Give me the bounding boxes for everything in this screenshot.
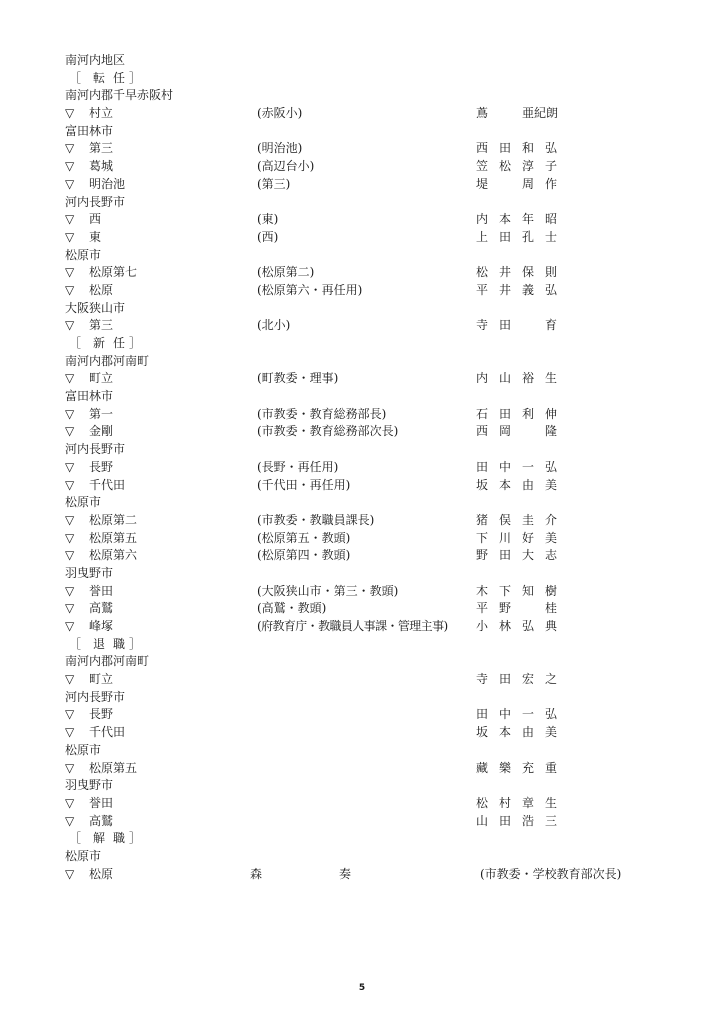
person-name: 石田利伸 [476, 406, 568, 424]
person-name: 上田孔士 [476, 229, 568, 247]
person-name: 寺田宏之 [476, 671, 568, 689]
person-given-name: 奏 [339, 866, 351, 884]
list-item: ▽ 葛城 (高辺台小) 笠松淳子 [65, 158, 665, 176]
person-name: 坂本由美 [476, 477, 568, 495]
list-item: ▽ 長野 (長野・再任用) 田中一弘 [65, 459, 665, 477]
person-name: 田中一弘 [476, 706, 568, 724]
person-name: 西岡隆 [476, 423, 568, 441]
triangle-bullet-icon: ▽ [65, 317, 74, 335]
person-name: 蔦亜紀朗 [476, 105, 568, 123]
area-heading: 大阪狭山市 [65, 300, 665, 318]
triangle-bullet-icon: ▽ [65, 866, 74, 884]
list-item: ▽ 明治池 (第三) 堤周作 [65, 176, 665, 194]
triangle-bullet-icon: ▽ [65, 459, 74, 477]
list-item: ▽ 誉田 (大阪狭山市・第三・教頭) 木下知樹 [65, 583, 665, 601]
triangle-bullet-icon: ▽ [65, 671, 74, 689]
triangle-bullet-icon: ▽ [65, 229, 74, 247]
area-heading: 河内長野市 [65, 194, 665, 212]
list-item: ▽ 金剛 (市教委・教育総務部次長) 西岡隆 [65, 423, 665, 441]
person-name: 寺田育 [476, 317, 568, 335]
triangle-bullet-icon: ▽ [65, 423, 74, 441]
area-heading: 松原市 [65, 247, 665, 265]
document-page: 南河内地区 ［転任］ 南河内郡千早赤阪村 ▽ 村立 (赤阪小) 蔦亜紀朗 富田林… [65, 52, 665, 883]
section-heading-dismissal: ［解職］ [65, 830, 665, 848]
list-item: ▽ 西 (東) 内本年昭 [65, 211, 665, 229]
list-item: ▽ 高鷲 (高鷲・教頭) 平野桂 [65, 600, 665, 618]
person-name: 猪俣圭介 [476, 512, 568, 530]
triangle-bullet-icon: ▽ [65, 583, 74, 601]
person-name: 野田大志 [476, 547, 568, 565]
triangle-bullet-icon: ▽ [65, 618, 74, 636]
section-heading-retirement: ［退職］ [65, 636, 665, 654]
person-name: 内山裕生 [476, 370, 568, 388]
area-heading: 南河内郡河南町 [65, 353, 665, 371]
list-item: ▽ 千代田 坂本由美 [65, 724, 665, 742]
person-name: 笠松淳子 [476, 158, 568, 176]
triangle-bullet-icon: ▽ [65, 813, 74, 831]
area-heading: 南河内郡千早赤阪村 [65, 87, 665, 105]
list-item: ▽ 長野 田中一弘 [65, 706, 665, 724]
person-name: 平野桂 [476, 600, 568, 618]
area-heading: 南河内郡河南町 [65, 653, 665, 671]
list-item: ▽ 峰塚 (府教育庁・教職員人事課・管理主事) 小林弘典 [65, 618, 665, 636]
triangle-bullet-icon: ▽ [65, 140, 74, 158]
triangle-bullet-icon: ▽ [65, 795, 74, 813]
person-name: 松村章生 [476, 795, 568, 813]
list-item: ▽ 第三 (北小) 寺田育 [65, 317, 665, 335]
triangle-bullet-icon: ▽ [65, 706, 74, 724]
person-name: 松井保則 [476, 264, 568, 282]
area-heading: 富田林市 [65, 123, 665, 141]
area-heading: 松原市 [65, 742, 665, 760]
list-item: ▽ 松原 (松原第六・再任用) 平井義弘 [65, 282, 665, 300]
region-title: 南河内地区 [65, 52, 665, 70]
area-heading: 富田林市 [65, 388, 665, 406]
triangle-bullet-icon: ▽ [65, 370, 74, 388]
triangle-bullet-icon: ▽ [65, 512, 74, 530]
list-item: ▽ 松原第七 (松原第二) 松井保則 [65, 264, 665, 282]
list-item: ▽ 千代田 (千代田・再任用) 坂本由美 [65, 477, 665, 495]
triangle-bullet-icon: ▽ [65, 600, 74, 618]
person-name: 藏樂充重 [476, 760, 568, 778]
list-item: ▽ 松原第六 (松原第四・教頭) 野田大志 [65, 547, 665, 565]
triangle-bullet-icon: ▽ [65, 724, 74, 742]
list-item: ▽ 松原第二 (市教委・教職員課長) 猪俣圭介 [65, 512, 665, 530]
person-name: 木下知樹 [476, 583, 568, 601]
list-item: ▽ 松原 森 奏 (市教委・学校教育部次長) [65, 866, 665, 884]
area-heading: 河内長野市 [65, 441, 665, 459]
person-name: 堤周作 [476, 176, 568, 194]
person-name: 田中一弘 [476, 459, 568, 477]
triangle-bullet-icon: ▽ [65, 264, 74, 282]
person-name: 内本年昭 [476, 211, 568, 229]
person-name: 山田浩三 [476, 813, 568, 831]
triangle-bullet-icon: ▽ [65, 530, 74, 548]
triangle-bullet-icon: ▽ [65, 105, 74, 123]
person-name: 下川好美 [476, 530, 568, 548]
triangle-bullet-icon: ▽ [65, 760, 74, 778]
triangle-bullet-icon: ▽ [65, 406, 74, 424]
person-name: 西田和弘 [476, 140, 568, 158]
list-item: ▽ 第三 (明治池) 西田和弘 [65, 140, 665, 158]
section-heading-transfer: ［転任］ [65, 70, 665, 88]
list-item: ▽ 第一 (市教委・教育総務部長) 石田利伸 [65, 406, 665, 424]
list-item: ▽ 高鷲 山田浩三 [65, 813, 665, 831]
triangle-bullet-icon: ▽ [65, 547, 74, 565]
person-name: 坂本由美 [476, 724, 568, 742]
person-family-name: 森 [250, 866, 262, 884]
section-heading-new-appointment: ［新任］ [65, 335, 665, 353]
triangle-bullet-icon: ▽ [65, 477, 74, 495]
area-heading: 羽曳野市 [65, 565, 665, 583]
list-item: ▽ 東 (西) 上田孔士 [65, 229, 665, 247]
triangle-bullet-icon: ▽ [65, 282, 74, 300]
list-item: ▽ 町立 (町教委・理事) 内山裕生 [65, 370, 665, 388]
list-item: ▽ 町立 寺田宏之 [65, 671, 665, 689]
area-heading: 松原市 [65, 848, 665, 866]
list-item: ▽ 村立 (赤阪小) 蔦亜紀朗 [65, 105, 665, 123]
list-item: ▽ 誉田 松村章生 [65, 795, 665, 813]
person-name: 平井義弘 [476, 282, 568, 300]
triangle-bullet-icon: ▽ [65, 211, 74, 229]
list-item: ▽ 松原第五 藏樂充重 [65, 760, 665, 778]
person-name: 小林弘典 [476, 618, 568, 636]
triangle-bullet-icon: ▽ [65, 158, 74, 176]
area-heading: 松原市 [65, 494, 665, 512]
area-heading: 羽曳野市 [65, 777, 665, 795]
previous-position: (市教委・学校教育部次長) [480, 866, 621, 884]
triangle-bullet-icon: ▽ [65, 176, 74, 194]
list-item: ▽ 松原第五 (松原第五・教頭) 下川好美 [65, 530, 665, 548]
page-number: 5 [0, 983, 724, 993]
area-heading: 河内長野市 [65, 689, 665, 707]
